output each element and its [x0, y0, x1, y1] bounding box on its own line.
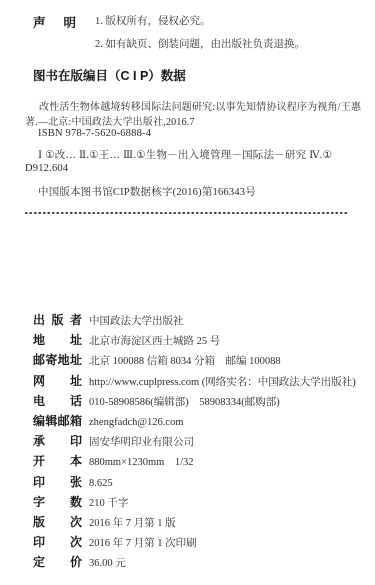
publication-info-row: 承印 固安华明印业有限公司	[33, 432, 355, 452]
cip-record-number: 中国版本图书馆CIP数据核字(2016)第166343号	[38, 184, 256, 199]
publication-field-value: 880mm×1230mm 1/32	[89, 454, 194, 469]
publication-field-value: 2016 年 7 月第 1 版	[89, 515, 176, 530]
dashed-divider	[25, 212, 347, 214]
publication-field-label: 字数	[33, 493, 82, 510]
publication-info-row: 定价 36.00 元	[33, 553, 355, 573]
notice-label: 声明	[33, 13, 76, 31]
publication-info-row: 印张 8.625	[33, 473, 355, 493]
cip-heading: 图书在版编目（C I P）数据	[33, 66, 186, 84]
publication-field-label: 编辑邮箱	[33, 412, 82, 429]
cip-classification-line2: D912.604	[25, 163, 68, 174]
publication-field-label: 定价	[33, 553, 82, 570]
publication-field-value: 36.00 元	[89, 555, 126, 570]
publication-field-label: 承印	[33, 432, 82, 449]
publication-field-label: 出版者	[33, 311, 82, 328]
cip-description-line1: 改性活生物体越境转移国际法问题研究:以事先知情协议程序为视角/王惠	[39, 98, 361, 113]
publication-info-row: 网址 http://www.cuplpress.com (网络实名：中国政法大学…	[33, 372, 355, 392]
publication-field-value: zhengfadch@126.com	[89, 417, 184, 428]
publication-field-value: 北京 100088 信箱 8034 分箱 邮编 100088	[89, 353, 281, 368]
cip-description-line2: 著.—北京:中国政法大学出版社,2016.7	[25, 113, 195, 128]
notice-item-copyright: 1. 版权所有，侵权必究。	[95, 13, 305, 36]
publication-info-row: 邮寄地址 北京 100088 信箱 8034 分箱 邮编 100088	[33, 351, 355, 371]
publication-field-value: 010-58908586(编辑部) 58908334(邮购部)	[89, 394, 280, 409]
publication-field-value: 中国政法大学出版社	[89, 313, 184, 328]
publication-info-list: 出版者 中国政法大学出版社 地址 北京市海淀区西土城路 25 号 邮寄地址 北京…	[33, 311, 355, 573]
publication-info-row: 开本 880mm×1230mm 1/32	[33, 452, 355, 472]
notice-items: 1. 版权所有，侵权必究。 2. 如有缺页、倒装问题，由出版社负责退换。	[95, 13, 305, 59]
publication-field-value: 8.625	[89, 478, 113, 489]
publication-field-label: 地址	[33, 331, 82, 348]
publication-field-label: 印次	[33, 533, 82, 550]
publication-field-label: 邮寄地址	[33, 351, 82, 368]
publication-field-value: 固安华明印业有限公司	[89, 434, 194, 449]
publication-info-row: 编辑邮箱 zhengfadch@126.com	[33, 412, 355, 432]
publication-field-value: http://www.cuplpress.com (网络实名：中国政法大学出版社…	[89, 374, 356, 389]
isbn-number: ISBN 978-7-5620-6888-4	[38, 128, 151, 139]
publication-field-label: 电话	[33, 392, 82, 409]
publication-field-value: 210 千字	[89, 495, 128, 510]
publication-info-row: 出版者 中国政法大学出版社	[33, 311, 355, 331]
publication-info-row: 电话 010-58908586(编辑部) 58908334(邮购部)	[33, 392, 355, 412]
copyright-notice: 声明 1. 版权所有，侵权必究。 2. 如有缺页、倒装问题，由出版社负责退换。	[33, 13, 305, 59]
publication-info-row: 印次 2016 年 7 月第 1 次印刷	[33, 533, 355, 553]
publication-info-row: 字数 210 千字	[33, 493, 355, 513]
cip-classification-line1: Ⅰ ①改… Ⅱ.①王… Ⅲ.①生物－出入境管理－国际法－研究 Ⅳ.①	[38, 147, 332, 162]
notice-item-replacement: 2. 如有缺页、倒装问题，由出版社负责退换。	[95, 36, 305, 59]
publication-info-row: 地址 北京市海淀区西土城路 25 号	[33, 331, 355, 351]
publication-field-label: 印张	[33, 473, 82, 490]
publication-field-value: 北京市海淀区西土城路 25 号	[89, 333, 220, 348]
publication-field-label: 网址	[33, 372, 82, 389]
colophon-page: 声明 1. 版权所有，侵权必究。 2. 如有缺页、倒装问题，由出版社负责退换。 …	[0, 0, 375, 585]
publication-field-label: 版次	[33, 513, 82, 530]
publication-info-row: 版次 2016 年 7 月第 1 版	[33, 513, 355, 533]
publication-field-label: 开本	[33, 452, 82, 469]
publication-field-value: 2016 年 7 月第 1 次印刷	[89, 535, 197, 550]
